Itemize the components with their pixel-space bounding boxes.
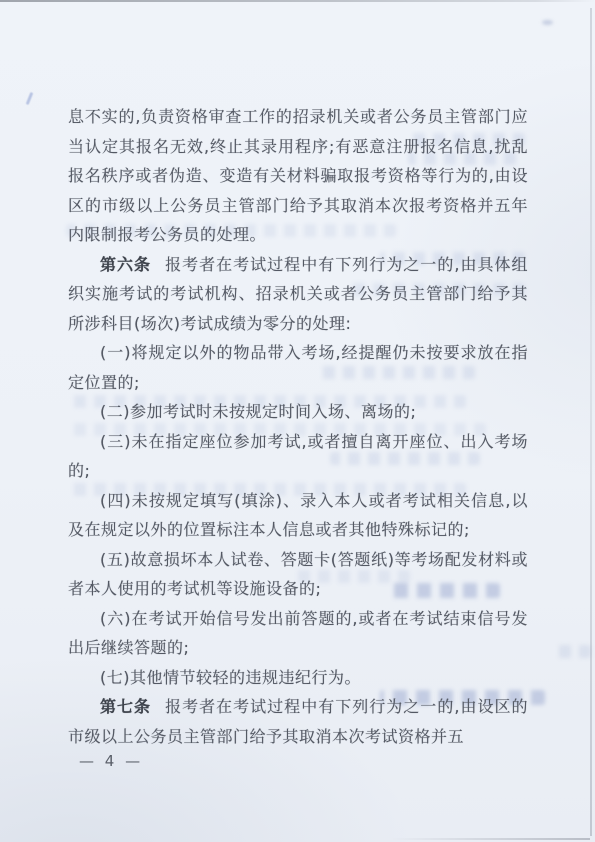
list-item-6: (六)在考试开始信号发出前答题的,或者在考试结束信号发出后继续答题的; bbox=[68, 604, 528, 663]
bleedthrough-smudge bbox=[553, 645, 591, 658]
article-6-paragraph: 第六条报考者在考试过程中有下列行为之一的,由具体组织实施考试的考试机构、招录机关… bbox=[68, 250, 528, 339]
article-7-paragraph: 第七条报考者在考试过程中有下列行为之一的,由设区的市级以上公务员主管部门给予其取… bbox=[68, 692, 528, 751]
page-number: — 4 — bbox=[79, 752, 143, 770]
list-item-3: (三)未在指定座位参加考试,或者擅自离开座位、出入考场的; bbox=[68, 427, 528, 486]
scan-edge-bottom bbox=[390, 838, 590, 840]
paragraph-continuation: 息不实的,负责资格审查工作的招录机关或者公务员主管部门应当认定其报名无效,终止其… bbox=[68, 102, 528, 250]
list-item-7: (七)其他情节较轻的违规违纪行为。 bbox=[68, 663, 528, 693]
list-item-2: (二)参加考试时未按规定时间入场、离场的; bbox=[68, 397, 528, 427]
list-item-5: (五)故意损坏本人试卷、答题卡(答题纸)等考场配发材料或者本人使用的考试机等设施… bbox=[68, 545, 528, 604]
scan-edge-top bbox=[0, 0, 595, 2]
scan-edge-right bbox=[590, 8, 592, 836]
pen-mark bbox=[26, 92, 34, 105]
article-6-label: 第六条 bbox=[100, 255, 165, 274]
article-7-label: 第七条 bbox=[100, 697, 165, 716]
list-item-4: (四)未按规定填写(填涂)、录入本人或者考试相关信息,以及在规定以外的位置标注本… bbox=[68, 486, 528, 545]
document-body: 息不实的,负责资格审查工作的招录机关或者公务员主管部门应当认定其报名无效,终止其… bbox=[68, 102, 528, 751]
scan-speck bbox=[542, 20, 553, 25]
document-page: 息不实的,负责资格审查工作的招录机关或者公务员主管部门应当认定其报名无效,终止其… bbox=[0, 0, 595, 842]
list-item-1: (一)将规定以外的物品带入考场,经提醒仍未按要求放在指定位置的; bbox=[68, 338, 528, 397]
